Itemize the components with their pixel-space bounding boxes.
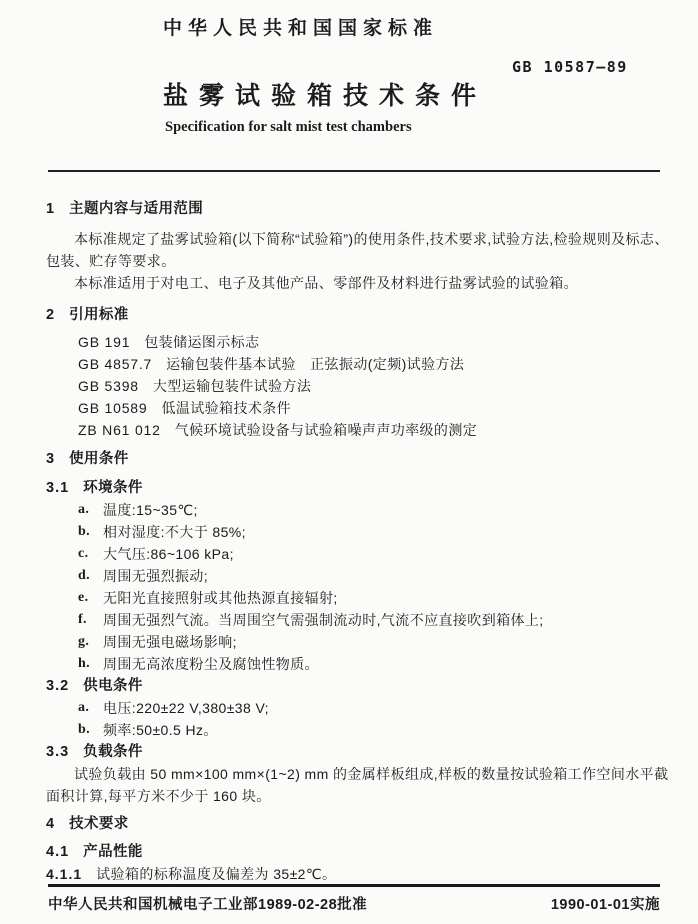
clause-number: 4.1.1 — [46, 863, 82, 885]
subsection-title: 负载条件 — [83, 741, 143, 763]
list-item-letter: h. — [78, 653, 103, 675]
standard-number: GB 10587—89 — [512, 58, 628, 76]
section-number: 1 — [46, 198, 55, 220]
document-page: 中华人民共和国国家标准 GB 10587—89 盐雾试验箱技术条件 Specif… — [0, 0, 698, 924]
subsection-3-3-heading: 3.3 负载条件 — [46, 741, 670, 763]
reference-code: GB 10589 — [78, 397, 147, 419]
reference-list: GB 191 包装储运图示标志 GB 4857.7 运输包装件基本试验 正弦振动… — [78, 331, 670, 441]
list-item-text: 电压:220±22 V,380±38 V; — [103, 697, 269, 719]
subsection-number: 3.1 — [46, 477, 69, 499]
approval-text: 中华人民共和国机械电子工业部1989-02-28批准 — [48, 893, 367, 914]
power-condition-list: a. 电压:220±22 V,380±38 V; b. 频率:50±0.5 Hz… — [78, 697, 670, 741]
reference-item: GB 5398 大型运输包装件试验方法 — [78, 375, 670, 397]
section-title: 技术要求 — [69, 813, 129, 835]
reference-item: ZB N61 012 气候环境试验设备与试验箱噪声声功率级的测定 — [78, 419, 670, 441]
clause-4-1-1: 4.1.1 试验箱的标称温度及偏差为 35±2℃。 — [46, 863, 670, 885]
reference-item: GB 191 包装储运图示标志 — [78, 331, 670, 353]
list-item-text: 周围无强电磁场影响; — [103, 631, 237, 653]
list-item-letter: g. — [78, 631, 103, 653]
list-item: b. 频率:50±0.5 Hz。 — [78, 719, 670, 741]
list-item-text: 周围无强烈振动; — [103, 565, 208, 587]
list-item: e. 无阳光直接照射或其他热源直接辐射; — [78, 587, 670, 609]
subsection-title: 产品性能 — [83, 841, 143, 863]
reference-code: GB 4857.7 — [78, 353, 152, 375]
reference-item: GB 4857.7 运输包装件基本试验 正弦振动(定频)试验方法 — [78, 353, 670, 375]
section-number: 3 — [46, 448, 55, 470]
reference-name: 低温试验箱技术条件 — [161, 397, 291, 419]
list-item-text: 周围无高浓度粉尘及腐蚀性物质。 — [103, 653, 319, 675]
paragraph: 本标准规定了盐雾试验箱(以下简称“试验箱”)的使用条件,技术要求,试验方法,检验… — [46, 228, 670, 272]
subsection-4-1-heading: 4.1 产品性能 — [46, 841, 670, 863]
subsection-title: 供电条件 — [83, 675, 143, 697]
reference-code: GB 191 — [78, 331, 130, 353]
list-item: f. 周围无强烈气流。当周围空气需强制流动时,气流不应直接吹到箱体上; — [78, 609, 670, 631]
standard-type-label: 中华人民共和国国家标准 — [163, 17, 698, 41]
list-item-letter: e. — [78, 587, 103, 609]
list-item: a. 电压:220±22 V,380±38 V; — [78, 697, 670, 719]
header-divider — [48, 170, 660, 172]
section-2-heading: 2 引用标准 — [46, 304, 670, 326]
document-title-zh: 盐雾试验箱技术条件 — [163, 81, 698, 111]
list-item: d. 周围无强烈振动; — [78, 565, 670, 587]
list-item-text: 周围无强烈气流。当周围空气需强制流动时,气流不应直接吹到箱体上; — [103, 609, 544, 631]
list-item-letter: b. — [78, 719, 103, 741]
document-header: 中华人民共和国国家标准 GB 10587—89 盐雾试验箱技术条件 Specif… — [0, 0, 698, 136]
list-item-text: 大气压:86~106 kPa; — [103, 543, 234, 565]
section-title: 使用条件 — [69, 448, 129, 470]
list-item-letter: c. — [78, 543, 103, 565]
implementation-text: 1990-01-01实施 — [551, 893, 660, 914]
section-title: 主题内容与适用范围 — [69, 198, 203, 220]
paragraph: 本标准适用于对电工、电子及其他产品、零部件及材料进行盐雾试验的试验箱。 — [46, 272, 670, 294]
subsection-title: 环境条件 — [83, 477, 143, 499]
list-item-letter: d. — [78, 565, 103, 587]
document-body: 1 主题内容与适用范围 本标准规定了盐雾试验箱(以下简称“试验箱”)的使用条件,… — [46, 198, 670, 885]
list-item-text: 频率:50±0.5 Hz。 — [103, 719, 218, 741]
subsection-3-2-heading: 3.2 供电条件 — [46, 675, 670, 697]
list-item-letter: f. — [78, 609, 103, 631]
section-number: 2 — [46, 304, 55, 326]
list-item-text: 无阳光直接照射或其他热源直接辐射; — [103, 587, 338, 609]
section-number: 4 — [46, 813, 55, 835]
clause-text: 试验箱的标称温度及偏差为 35±2℃。 — [96, 863, 336, 885]
list-item-text: 相对湿度:不大于 85%; — [103, 521, 246, 543]
reference-name: 气候环境试验设备与试验箱噪声声功率级的测定 — [175, 419, 477, 441]
list-item: c. 大气压:86~106 kPa; — [78, 543, 670, 565]
list-item: b. 相对湿度:不大于 85%; — [78, 521, 670, 543]
reference-name: 包装储运图示标志 — [144, 331, 259, 353]
subsection-number: 3.3 — [46, 741, 69, 763]
section-3-heading: 3 使用条件 — [46, 448, 670, 470]
list-item-letter: b. — [78, 521, 103, 543]
section-4-heading: 4 技术要求 — [46, 813, 670, 835]
reference-code: GB 5398 — [78, 375, 139, 397]
reference-code: ZB N61 012 — [78, 419, 161, 441]
reference-name: 运输包装件基本试验 正弦振动(定频)试验方法 — [166, 353, 464, 375]
subsection-number: 3.2 — [46, 675, 69, 697]
document-title-en: Specification for salt mist test chamber… — [165, 118, 698, 136]
section-1-heading: 1 主题内容与适用范围 — [46, 198, 670, 220]
subsection-number: 4.1 — [46, 841, 69, 863]
list-item-text: 温度:15~35℃; — [103, 499, 198, 521]
document-footer: 中华人民共和国机械电子工业部1989-02-28批准 1990-01-01实施 — [48, 893, 660, 914]
list-item: h. 周围无高浓度粉尘及腐蚀性物质。 — [78, 653, 670, 675]
list-item-letter: a. — [78, 499, 103, 521]
environment-condition-list: a. 温度:15~35℃; b. 相对湿度:不大于 85%; c. 大气压:86… — [78, 499, 670, 675]
list-item-letter: a. — [78, 697, 103, 719]
list-item: g. 周围无强电磁场影响; — [78, 631, 670, 653]
paragraph: 试验负载由 50 mm×100 mm×(1~2) mm 的金属样板组成,样板的数… — [46, 763, 670, 807]
subsection-3-1-heading: 3.1 环境条件 — [46, 477, 670, 499]
list-item: a. 温度:15~35℃; — [78, 499, 670, 521]
section-title: 引用标准 — [69, 304, 129, 326]
reference-name: 大型运输包装件试验方法 — [153, 375, 311, 397]
footer-divider — [48, 884, 660, 887]
reference-item: GB 10589 低温试验箱技术条件 — [78, 397, 670, 419]
